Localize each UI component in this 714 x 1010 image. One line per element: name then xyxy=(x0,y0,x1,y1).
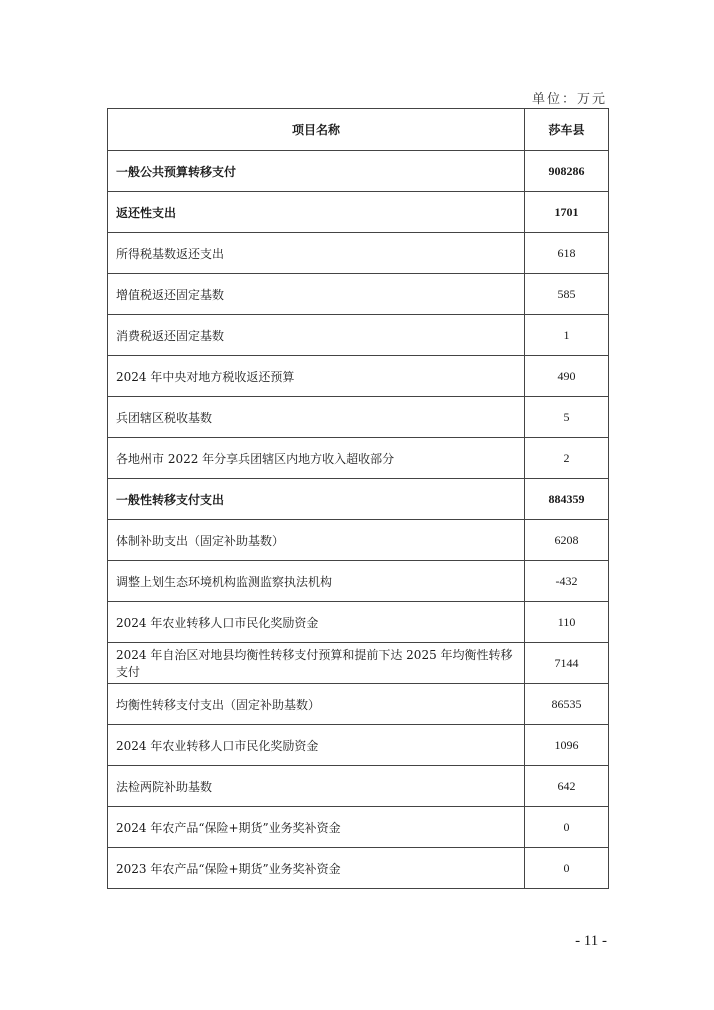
table-row: 均衡性转移支付支出（固定补助基数）86535 xyxy=(108,684,609,725)
table-row: 法检两院补助基数642 xyxy=(108,766,609,807)
row-item-name: 兵团辖区税收基数 xyxy=(108,397,525,438)
unit-label: 单位：万元 xyxy=(532,88,607,107)
row-value: 110 xyxy=(525,602,609,643)
row-item-name: 所得税基数返还支出 xyxy=(108,233,525,274)
row-value: 642 xyxy=(525,766,609,807)
row-value: 6208 xyxy=(525,520,609,561)
row-item-name: 消费税返还固定基数 xyxy=(108,315,525,356)
row-value: 618 xyxy=(525,233,609,274)
row-value: 0 xyxy=(525,848,609,889)
row-value: 86535 xyxy=(525,684,609,725)
table-row: 2024 年自治区对地县均衡性转移支付预算和提前下达 2025 年均衡性转移支付… xyxy=(108,643,609,684)
row-value: -432 xyxy=(525,561,609,602)
row-item-name: 调整上划生态环境机构监测监察执法机构 xyxy=(108,561,525,602)
row-value: 884359 xyxy=(525,479,609,520)
row-item-name: 一般公共预算转移支付 xyxy=(108,151,525,192)
table-row: 2024 年农业转移人口市民化奖励资金1096 xyxy=(108,725,609,766)
table-row: 所得税基数返还支出618 xyxy=(108,233,609,274)
table-row: 一般性转移支付支出884359 xyxy=(108,479,609,520)
table-row: 调整上划生态环境机构监测监察执法机构-432 xyxy=(108,561,609,602)
table-row: 一般公共预算转移支付908286 xyxy=(108,151,609,192)
row-value: 2 xyxy=(525,438,609,479)
row-item-name: 2024 年农业转移人口市民化奖励资金 xyxy=(108,725,525,766)
row-item-name: 2024 年农业转移人口市民化奖励资金 xyxy=(108,602,525,643)
row-value: 5 xyxy=(525,397,609,438)
header-county: 莎车县 xyxy=(525,109,609,151)
row-item-name: 各地州市 2022 年分享兵团辖区内地方收入超收部分 xyxy=(108,438,525,479)
row-item-name: 均衡性转移支付支出（固定补助基数） xyxy=(108,684,525,725)
row-item-name: 返还性支出 xyxy=(108,192,525,233)
row-value: 490 xyxy=(525,356,609,397)
row-item-name: 增值税返还固定基数 xyxy=(108,274,525,315)
row-value: 0 xyxy=(525,807,609,848)
table-row: 体制补助支出（固定补助基数）6208 xyxy=(108,520,609,561)
row-value: 908286 xyxy=(525,151,609,192)
table-row: 2024 年农产品“保险+期货”业务奖补资金0 xyxy=(108,807,609,848)
table-row: 各地州市 2022 年分享兵团辖区内地方收入超收部分2 xyxy=(108,438,609,479)
table-row: 2024 年农业转移人口市民化奖励资金110 xyxy=(108,602,609,643)
row-item-name: 体制补助支出（固定补助基数） xyxy=(108,520,525,561)
table-row: 增值税返还固定基数585 xyxy=(108,274,609,315)
table-row: 兵团辖区税收基数5 xyxy=(108,397,609,438)
row-item-name: 法检两院补助基数 xyxy=(108,766,525,807)
table-row: 返还性支出1701 xyxy=(108,192,609,233)
page-number: - 11 - xyxy=(575,933,607,950)
budget-table: 项目名称 莎车县 一般公共预算转移支付908286返还性支出1701所得税基数返… xyxy=(107,108,609,889)
row-item-name: 2024 年农产品“保险+期货”业务奖补资金 xyxy=(108,807,525,848)
table-row: 2024 年中央对地方税收返还预算490 xyxy=(108,356,609,397)
row-item-name: 2024 年中央对地方税收返还预算 xyxy=(108,356,525,397)
row-value: 585 xyxy=(525,274,609,315)
row-item-name: 2024 年自治区对地县均衡性转移支付预算和提前下达 2025 年均衡性转移支付 xyxy=(108,643,525,684)
table-row: 消费税返还固定基数1 xyxy=(108,315,609,356)
row-item-name: 2023 年农产品“保险+期货”业务奖补资金 xyxy=(108,848,525,889)
header-item-name: 项目名称 xyxy=(108,109,525,151)
row-item-name: 一般性转移支付支出 xyxy=(108,479,525,520)
table-header-row: 项目名称 莎车县 xyxy=(108,109,609,151)
row-value: 1 xyxy=(525,315,609,356)
row-value: 1701 xyxy=(525,192,609,233)
table-row: 2023 年农产品“保险+期货”业务奖补资金0 xyxy=(108,848,609,889)
row-value: 1096 xyxy=(525,725,609,766)
row-value: 7144 xyxy=(525,643,609,684)
